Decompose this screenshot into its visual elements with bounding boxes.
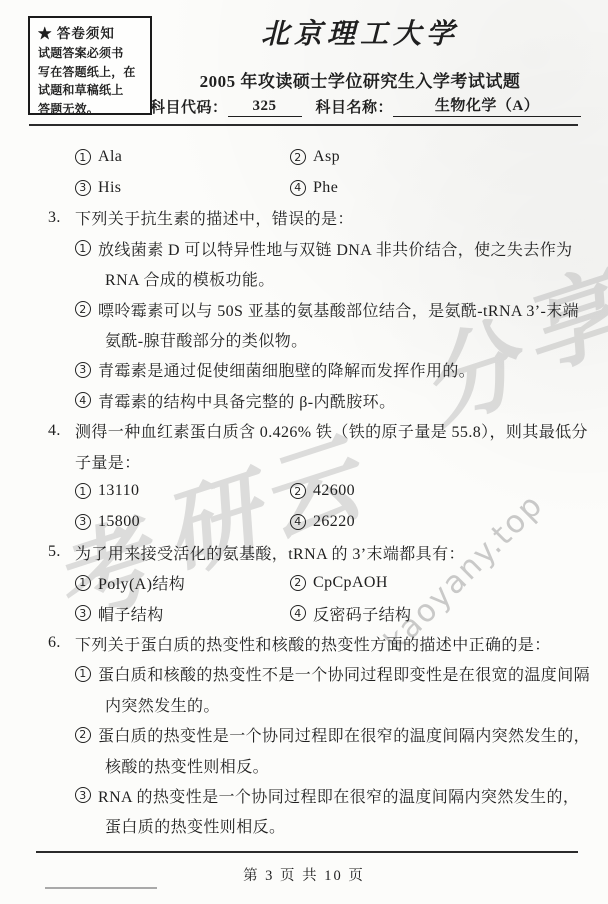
circled-number-icon: 1 [75, 666, 91, 682]
option-text: Asp [313, 148, 340, 166]
continuation-line: RNA 合成的模板功能。 [48, 264, 568, 294]
circled-number-icon: 4 [75, 392, 91, 408]
option: 4反密码子结构 [290, 602, 411, 625]
continuation-text: 内突然发生的。 [105, 693, 220, 716]
question-text: 为了用来接受活化的氨基酸，tRNA 的 3’末端都具有： [75, 541, 465, 564]
circled-number-icon: 1 [75, 575, 91, 591]
option-text: 15800 [98, 513, 140, 531]
option-text: 26220 [313, 513, 355, 531]
question-body: 1Ala 2Asp 3His 4Phe 3. 下列关于抗生素的描述中，错误的是：… [48, 142, 568, 841]
circled-number-icon: 3 [75, 605, 91, 621]
circled-number-icon: 2 [290, 575, 306, 591]
page-footer: 第 3 页 共 10 页 [0, 864, 608, 885]
option-text: 13110 [98, 482, 139, 500]
option: 113110 [75, 482, 290, 500]
notice-line: 试题答案必须书 [38, 44, 144, 63]
option-text: Ala [98, 148, 122, 166]
continuation-line: 内突然发生的。 [48, 689, 568, 719]
question-text: 下列关于抗生素的描述中，错误的是： [75, 206, 354, 229]
continuation-line: 氨酰-腺苷酸部分的类似物。 [48, 324, 568, 354]
star-icon: ★ [38, 26, 53, 41]
continuation-text: 核酸的热变性则相反。 [105, 754, 269, 777]
question-number: 5. [48, 543, 75, 561]
subject-code-label: 科目代码： [150, 96, 228, 117]
circled-number-icon: 4 [290, 514, 306, 530]
option-text: 反密码子结构 [313, 602, 411, 625]
statement-text: 蛋白质和核酸的热变性不是一个协同过程即变性是在很宽的温度间隔 [98, 662, 590, 685]
option: 3His [75, 179, 290, 197]
question-line: 5. 为了用来接受活化的氨基酸，tRNA 的 3’末端都具有： [48, 537, 568, 567]
continuation-line: 核酸的热变性则相反。 [48, 750, 568, 780]
notice-line: 写在答题纸上，在 [38, 63, 144, 82]
option: 315800 [75, 513, 290, 531]
option: 426220 [290, 513, 355, 531]
options-row: 3帽子结构 4反密码子结构 [48, 598, 568, 628]
continuation-text: 蛋白质的热变性则相反。 [105, 814, 285, 837]
statement-text: 嘌呤霉素可以与 50S 亚基的氨基酸部位结合，是氨酰-tRNA 3’-末端 [98, 298, 579, 321]
circled-number-icon: 3 [75, 362, 91, 378]
statement-line: 4 青霉素的结构中具备完整的 β-内酰胺环。 [48, 385, 568, 415]
circled-number-icon: 1 [75, 240, 91, 256]
footer-mark-line [45, 887, 157, 889]
option-text: Poly(A)结构 [98, 571, 185, 594]
statement-text: 青霉素是通过促使细菌细胞壁的降解而发挥作用的。 [98, 358, 475, 381]
circled-number-icon: 1 [75, 149, 91, 165]
question-text: 测得一种血红素蛋白质含 0.426% 铁（铁的原子量是 55.8），则其最低分 [75, 419, 588, 442]
header: 北京理工大学 2005 年攻读硕士学位研究生入学考试试题 [158, 12, 562, 92]
options-row: 1Poly(A)结构 2CpCpAOH [48, 567, 568, 597]
subject-name-value: 生物化学（A） [393, 94, 581, 117]
circled-number-icon: 3 [75, 514, 91, 530]
statement-text: 青霉素的结构中具备完整的 β-内酰胺环。 [98, 389, 395, 412]
question-line: 6. 下列关于蛋白质的热变性和核酸的热变性方面的描述中正确的是： [48, 628, 568, 658]
subject-name-label: 科目名称： [316, 96, 394, 117]
circled-number-icon: 4 [290, 180, 306, 196]
notice-body: 试题答案必须书 写在答题纸上，在 试题和草稿纸上 答题无效。 [38, 44, 144, 118]
question-line: 4. 测得一种血红素蛋白质含 0.426% 铁（铁的原子量是 55.8），则其最… [48, 416, 568, 446]
footer-rule [36, 851, 578, 853]
question-number: 6. [48, 634, 75, 652]
continuation-line: 子量是： [48, 446, 568, 476]
option: 4Phe [290, 179, 338, 197]
circled-number-icon: 2 [290, 149, 306, 165]
statement-text: RNA 的热变性是一个协同过程即在很窄的温度间隔内突然发生的， [98, 784, 579, 807]
question-line: 3. 下列关于抗生素的描述中，错误的是： [48, 203, 568, 233]
circled-number-icon: 3 [75, 180, 91, 196]
continuation-text: 子量是： [75, 450, 141, 473]
statement-line: 3 青霉素是通过促使细菌细胞壁的降解而发挥作用的。 [48, 355, 568, 385]
option-text: 帽子结构 [98, 602, 164, 625]
option: 2CpCpAOH [290, 574, 388, 592]
circled-number-icon: 4 [290, 605, 306, 621]
statement-line: 1 蛋白质和核酸的热变性不是一个协同过程即变性是在很宽的温度间隔 [48, 659, 568, 689]
option: 242600 [290, 482, 355, 500]
exam-paper-page: 考 研 云 分 享 kaoyany.top ★ 答卷须知 试题答案必须书 写在答… [0, 0, 608, 904]
statement-line: 2 蛋白质的热变性是一个协同过程即在很窄的温度间隔内突然发生的， [48, 719, 568, 749]
option-text: CpCpAOH [313, 574, 388, 592]
question-number: 3. [48, 209, 75, 227]
header-rule [29, 124, 578, 126]
options-row: 3His 4Phe [48, 172, 568, 202]
notice-title-text: 答卷须知 [57, 26, 115, 41]
options-row: 315800 426220 [48, 507, 568, 537]
circled-number-icon: 2 [290, 483, 306, 499]
statement-text: 放线菌素 D 可以特异性地与双链 DNA 非共价结合，使之失去作为 [98, 237, 573, 260]
statement-line: 3 RNA 的热变性是一个协同过程即在很窄的温度间隔内突然发生的， [48, 780, 568, 810]
circled-number-icon: 3 [75, 787, 91, 803]
options-row: 113110 242600 [48, 476, 568, 506]
options-row: 1Ala 2Asp [48, 142, 568, 172]
option: 1Poly(A)结构 [75, 571, 290, 594]
subject-code-value: 325 [228, 98, 302, 117]
statement-text: 蛋白质的热变性是一个协同过程即在很窄的温度间隔内突然发生的， [98, 723, 590, 746]
notice-title: ★ 答卷须知 [38, 22, 144, 42]
question-number: 4. [48, 422, 75, 440]
continuation-line: 蛋白质的热变性则相反。 [48, 811, 568, 841]
option: 3帽子结构 [75, 602, 290, 625]
statement-line: 1 放线菌素 D 可以特异性地与双链 DNA 非共价结合，使之失去作为 [48, 233, 568, 263]
option-text: His [98, 179, 121, 197]
university-title: 北京理工大学 [158, 12, 562, 52]
option-text: Phe [313, 179, 338, 197]
continuation-text: RNA 合成的模板功能。 [105, 267, 275, 290]
question-text: 下列关于蛋白质的热变性和核酸的热变性方面的描述中正确的是： [75, 632, 551, 655]
statement-line: 2 嘌呤霉素可以与 50S 亚基的氨基酸部位结合，是氨酰-tRNA 3’-末端 [48, 294, 568, 324]
circled-number-icon: 1 [75, 483, 91, 499]
notice-line: 答题无效。 [38, 100, 144, 119]
option-text: 42600 [313, 482, 355, 500]
circled-number-icon: 2 [75, 727, 91, 743]
circled-number-icon: 2 [75, 301, 91, 317]
subject-meta-row: 科目代码： 325 科目名称： 生物化学（A） [150, 94, 581, 117]
continuation-text: 氨酰-腺苷酸部分的类似物。 [105, 328, 308, 351]
notice-line: 试题和草稿纸上 [38, 81, 144, 100]
option: 1Ala [75, 148, 290, 166]
option: 2Asp [290, 148, 340, 166]
notice-box: ★ 答卷须知 试题答案必须书 写在答题纸上，在 试题和草稿纸上 答题无效。 [28, 16, 152, 115]
exam-subtitle: 2005 年攻读硕士学位研究生入学考试试题 [158, 67, 562, 92]
